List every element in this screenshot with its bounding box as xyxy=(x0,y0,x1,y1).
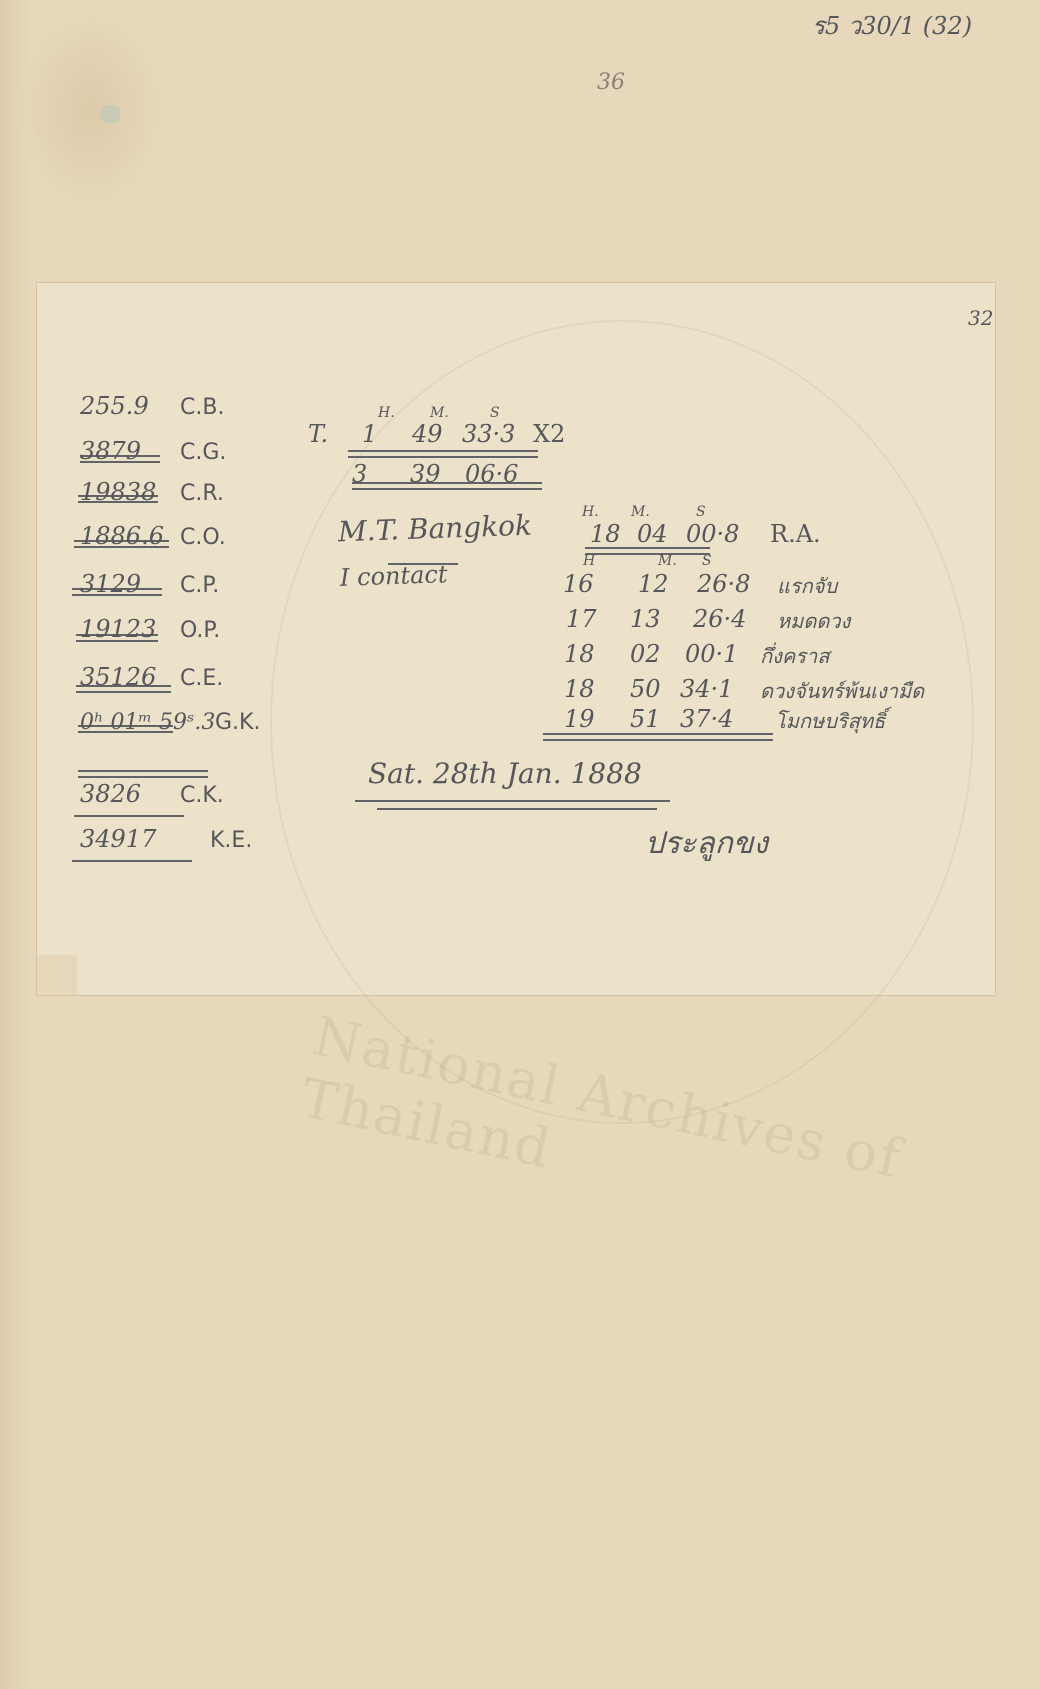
list-item: 35126C.E. xyxy=(80,663,223,691)
contact-minute: 12 xyxy=(638,570,669,598)
list-item: 1886.6C.O. xyxy=(80,522,226,550)
torn-corner xyxy=(37,955,77,995)
calc-multiplier: X2 xyxy=(533,420,565,448)
contact-second: 34·1 xyxy=(680,675,733,703)
underline xyxy=(543,733,773,735)
mean-time-minute: 04 xyxy=(637,520,668,548)
contact-second: 37·4 xyxy=(680,705,733,733)
contact-minute: 02 xyxy=(630,640,661,668)
hour-label: H. xyxy=(378,405,395,421)
underline xyxy=(585,547,710,549)
page-number-top: 36 xyxy=(597,70,625,95)
mean-time-second: 00·8 xyxy=(686,520,739,548)
contact-phase-thai: หมดดวง xyxy=(777,605,850,637)
contact-hour: 18 xyxy=(564,640,595,668)
second-label: S xyxy=(696,504,706,520)
contact-phase-thai: กึ่งคราส xyxy=(760,640,829,672)
list-item: 19123O.P. xyxy=(80,615,220,643)
minute-label: M. xyxy=(658,553,677,569)
card-page-number: 32 xyxy=(968,306,993,330)
list-item: 3826C.K. xyxy=(80,780,224,808)
underline xyxy=(78,770,208,772)
minute-label: M. xyxy=(430,405,449,421)
date-underline xyxy=(377,808,657,810)
contact-hour: 19 xyxy=(564,705,595,733)
underline xyxy=(348,450,538,452)
contact-phase-thai: ดวงจันทร์พ้นเงามืด xyxy=(760,675,924,707)
calc-second: 33·3 xyxy=(462,420,515,448)
list-item: 0ʰ 01ᵐ 59ˢ.3G.K. xyxy=(80,710,260,735)
date: Sat. 28th Jan. 1888 xyxy=(368,757,642,790)
archive-reference: ร5 ว30/1 (32) xyxy=(812,6,972,45)
contact-second: 26·8 xyxy=(697,570,750,598)
contact-hour: 17 xyxy=(566,605,597,633)
contact-hour: 16 xyxy=(563,570,594,598)
underline xyxy=(352,482,542,484)
list-item: 34917K.E. xyxy=(80,825,252,853)
contact-phase-thai: แรกจับ xyxy=(777,570,837,602)
calc-minute: 49 xyxy=(412,420,443,448)
date-underline xyxy=(355,800,670,802)
list-item: 3879C.G. xyxy=(80,437,226,465)
contact-hour: 18 xyxy=(564,675,595,703)
mean-time-hour: 18 xyxy=(590,520,621,548)
mean-time-label: M.T. Bangkok xyxy=(337,509,532,549)
calc-prefix: T. xyxy=(308,420,328,448)
list-item: 3129C.P. xyxy=(80,570,219,598)
hour-label: H xyxy=(583,553,595,569)
hour-label: H. xyxy=(582,504,599,520)
contact-phase-thai: โมกษบริสุทธิ์ xyxy=(775,705,885,737)
contact-second: 26·4 xyxy=(693,605,746,633)
contact-minute: 50 xyxy=(630,675,661,703)
right-ascension-label: R.A. xyxy=(770,520,821,548)
strike-line xyxy=(388,563,458,565)
minute-label: M. xyxy=(631,504,650,520)
contact-second: 00·1 xyxy=(685,640,738,668)
signature: ประลูกขง xyxy=(645,820,768,867)
contact-minute: 13 xyxy=(630,605,661,633)
second-label: S xyxy=(702,553,712,569)
underline xyxy=(74,815,184,817)
list-item: 19838C.R. xyxy=(80,478,224,506)
contact-minute: 51 xyxy=(630,705,661,733)
stain-mark xyxy=(100,105,120,123)
underline xyxy=(72,860,192,862)
calc-hour: 1 xyxy=(362,420,377,448)
list-item: 255.9C.B. xyxy=(80,392,224,420)
second-label: S xyxy=(490,405,500,421)
